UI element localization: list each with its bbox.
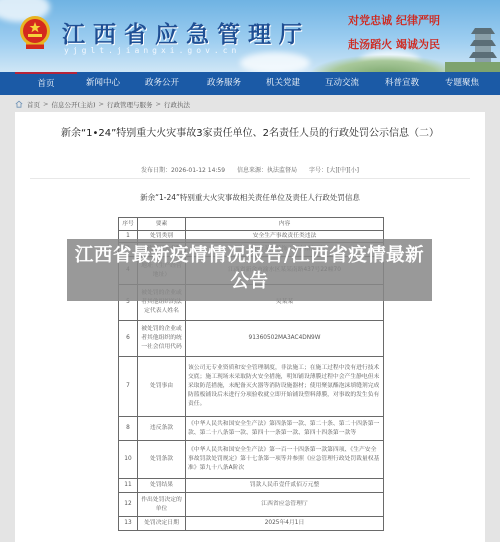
breadcrumb-separator: > — [43, 100, 48, 108]
site-title[interactable]: 江西省应急管理厅 — [62, 16, 310, 49]
breadcrumb-admin-services[interactable]: 行政管理与服务 — [107, 100, 153, 109]
nav-item-news[interactable]: 新闻中心 — [72, 72, 134, 95]
table-header-row: 序号 要素 内容 — [119, 218, 384, 231]
row-element: 处罚事由 — [138, 357, 186, 417]
nav-item-special-topics[interactable]: 专题聚焦 — [431, 72, 493, 95]
table-row: 6 被处罚的企业或者其他组织的统一社会信用代码 91360502MA3AC4DN… — [119, 321, 384, 357]
cloud-decoration — [240, 52, 310, 72]
nav-item-home[interactable]: 首页 — [15, 72, 77, 95]
row-element: 作出处罚决定的单位 — [138, 493, 186, 517]
info-source: 信息来源：执法监督局 — [237, 167, 297, 174]
main-nav: 首页 新闻中心 政务公开 政务服务 机关党建 互动交流 科普宣教 专题聚焦 — [0, 72, 500, 95]
table-row: 12 作出处罚决定的单位 江西省应急管理厅 — [119, 493, 384, 517]
row-element: 违反条款 — [138, 417, 186, 441]
row-content: 《中华人民共和国安全生产法》第一百一十四条第一款第四项、《生产安全事故罚款处罚规… — [186, 441, 384, 479]
row-no: 8 — [119, 417, 138, 441]
table-row: 8 违反条款 《中华人民共和国安全生产法》第四条第一款、第二十条、第二十四条第一… — [119, 417, 384, 441]
row-no: 12 — [119, 493, 138, 517]
site-header: 江西省应急管理厅 yjglt.jiangxi.gov.cn 对党忠诚 纪律严明 … — [0, 0, 500, 72]
table-title: 新余“1-24”特别重大火灾事故相关责任单位及责任人行政处罚信息 — [15, 192, 485, 203]
breadcrumb-separator: > — [99, 100, 104, 108]
national-emblem-icon — [18, 15, 52, 51]
slogan-line-2: 赴汤蹈火 竭诚为民 — [348, 36, 440, 52]
font-size-medium[interactable]: [中] — [338, 167, 349, 174]
font-size-switcher: 字号：[大][中][小] — [309, 167, 359, 174]
overlay-headline: 江西省最新疫情情况报告/江西省疫情最新公告 — [67, 243, 432, 295]
row-no: 13 — [119, 517, 138, 531]
publish-date-label: 发布日期： — [141, 167, 171, 174]
row-element: 处罚结果 — [138, 479, 186, 493]
breadcrumb-admin-enforcement[interactable]: 行政执法 — [164, 100, 190, 109]
article-meta: 发布日期：2026-01-12 14:59 信息来源：执法监督局 字号：[大][… — [15, 165, 485, 174]
font-size-small[interactable]: [小] — [348, 167, 359, 174]
article-title: 新余“1•24”特别重大火灾事故3家责任单位、2名责任人员的行政处罚公示信息（二… — [15, 124, 485, 139]
row-no: 10 — [119, 441, 138, 479]
row-no: 7 — [119, 357, 138, 417]
row-content: 该公司无专业资质和安全管理制度，非法施工；在施工过程中没有进行技术交底；施工现场… — [186, 357, 384, 417]
info-source-value: 执法监督局 — [267, 167, 297, 174]
breadcrumb-separator: > — [155, 100, 160, 108]
slogan-line-1: 对党忠诚 纪律严明 — [348, 12, 440, 28]
landscape-decoration — [310, 55, 460, 72]
row-content: 罚款人民币壹仟贰佰万元整 — [186, 479, 384, 493]
nav-item-gov-services[interactable]: 政务服务 — [193, 72, 255, 95]
col-header-element: 要素 — [138, 218, 186, 231]
nav-item-interaction[interactable]: 互动交流 — [311, 72, 373, 95]
nav-item-science-education[interactable]: 科普宣教 — [371, 72, 433, 95]
col-header-no: 序号 — [119, 218, 138, 231]
row-no: 11 — [119, 479, 138, 493]
row-no: 6 — [119, 321, 138, 357]
divider — [30, 178, 470, 179]
pagoda-illustration — [445, 22, 500, 72]
row-element: 处罚条款 — [138, 441, 186, 479]
publish-date-value: 2026-01-12 14:59 — [171, 167, 225, 174]
table-row: 7 处罚事由 该公司无专业资质和安全管理制度，非法施工；在施工过程中没有进行技术… — [119, 357, 384, 417]
breadcrumb-info-disclosure[interactable]: 信息公开(主站) — [51, 100, 95, 109]
site-domain: yjglt.jiangxi.gov.cn — [64, 46, 240, 55]
row-element: 被处罚的企业或者其他组织的统一社会信用代码 — [138, 321, 186, 357]
col-header-content: 内容 — [186, 218, 384, 231]
table-row: 13 处罚决定日期 2025年4月1日 — [119, 517, 384, 531]
breadcrumb-home[interactable]: 首页 — [27, 100, 40, 109]
nav-item-gov-affairs[interactable]: 政务公开 — [131, 72, 193, 95]
row-content: 江西省应急管理厅 — [186, 493, 384, 517]
article-container: 新余“1•24”特别重大火灾事故3家责任单位、2名责任人员的行政处罚公示信息（二… — [15, 112, 485, 542]
table-row: 10 处罚条款 《中华人民共和国安全生产法》第一百一十四条第一款第四项、《生产安… — [119, 441, 384, 479]
home-icon — [15, 100, 23, 108]
row-element: 处罚决定日期 — [138, 517, 186, 531]
breadcrumb: 首页 > 信息公开(主站) > 行政管理与服务 > 行政执法 — [15, 97, 190, 111]
publish-date: 发布日期：2026-01-12 14:59 — [141, 167, 225, 174]
nav-item-party-building[interactable]: 机关党建 — [252, 72, 314, 95]
headline-overlay: 江西省最新疫情情况报告/江西省疫情最新公告 — [67, 239, 432, 301]
row-content: 91360502MA3AC4DN9W — [186, 321, 384, 357]
row-content: 《中华人民共和国安全生产法》第四条第一款、第二十条、第二十四条第一款、第二十八条… — [186, 417, 384, 441]
row-content: 2025年4月1日 — [186, 517, 384, 531]
table-row: 11 处罚结果 罚款人民币壹仟贰佰万元整 — [119, 479, 384, 493]
font-size-large[interactable]: [大] — [327, 167, 338, 174]
font-size-label: 字号： — [309, 167, 327, 174]
info-source-label: 信息来源： — [237, 167, 267, 174]
